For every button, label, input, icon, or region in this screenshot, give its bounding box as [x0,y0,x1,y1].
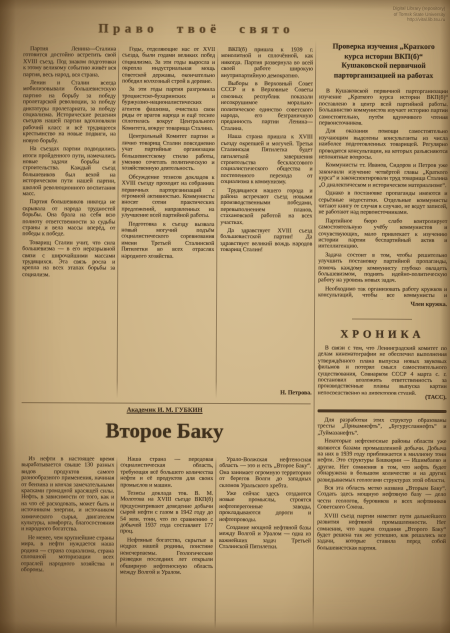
lead-article-column-2: Годы, отделяющие нас от XVII съезда, был… [121,47,216,398]
chronicle-signature: (ТАСС). [318,394,447,401]
lead-article-column-1: Партия Ленина—Сталина готовится достойно… [22,46,117,397]
newspaper-page: Digital Library (repository) of Tomsk St… [0,0,450,633]
lead-article-signature: Н. Петрова. [220,390,312,396]
column-rule [313,40,317,630]
scan-content: Digital Library (repository) of Tomsk St… [0,0,450,633]
right-article-signature: Член кружка. [318,301,447,308]
baku-article-byline: Академик И. М. ГУБКИН [60,406,270,414]
baku-article-column-4: Для разработки этих структур образованы … [317,417,447,629]
right-article-headline: Проверка изучения „Краткогокурса истории… [319,41,448,80]
column-rule [117,47,120,399]
lead-article-column-3: ВКП(б) пришла к 1939 г. монолитной и спл… [220,47,313,385]
right-article-body: В Кушаковской первичной парторганизации … [318,88,448,300]
watermark-line: http://vital.lib.tsu.ru [315,17,445,23]
section-divider-bold [318,409,447,413]
chronicle-body: В связи с тем, что Ленинградский комитет… [318,345,447,395]
library-watermark: Digital Library (repository) of Tomsk St… [315,5,445,22]
section-divider [352,319,412,320]
baku-article-column-3: Урало-Волжская нефтеносная область — это… [219,457,312,629]
baku-article-headline: Второе Баку [39,418,289,444]
chronicle-title: ХРОНИКА [318,328,447,341]
lead-article-headline: Право твоё свято [76,20,316,37]
baku-article-column-1: Из нефти в настоящее время вырабатываетс… [21,456,115,628]
baku-article-column-2: Наша страна — передовая социалистическая… [120,457,214,629]
column-rule [216,47,219,399]
column-rule [215,457,217,629]
column-rule [116,457,118,629]
section-divider [22,402,311,404]
